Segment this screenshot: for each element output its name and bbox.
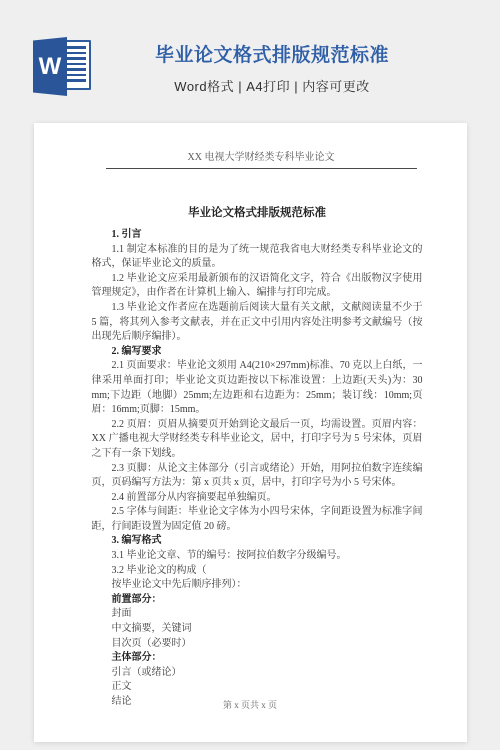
document-body: 1. 引言1.1 制定本标准的目的是为了统一规范我省电大财经类专科毕业论文的格式… [92,228,423,710]
doc-paragraph: 2. 编写要求 [92,345,423,360]
doc-paragraph: 1. 引言 [92,228,423,243]
doc-paragraph: 3. 编写格式 [92,534,423,549]
doc-paragraph: 2.5 字体与间距：毕业论文字体为小四号宋体，字间距设置为标准字间距，行间距设置… [92,505,423,534]
doc-paragraph: 1.2 毕业论文应采用最新颁布的汉语简化文字，符合《出版物汉字使用管理规定》，由… [92,272,423,301]
template-title: 毕业论文格式排版规范标准 [62,44,482,68]
doc-paragraph: 主体部分： [92,651,423,666]
doc-paragraph: 3.1 毕业论文章、节的编号：按阿拉伯数字分级编号。 [92,549,423,564]
doc-paragraph: 2.2 页眉：页眉从摘要页开始到论文最后一页，均需设置。页眉内容：XX 广播电视… [92,418,423,462]
document-page-preview: XX 电视大学财经类专科毕业论文 毕业论文格式排版规范标准 1. 引言1.1 制… [34,123,467,742]
doc-paragraph: 目次页（必要时） [92,637,423,652]
doc-paragraph: 1.3 毕业论文作者应在选题前后阅读大量有关文献，文献阅读量不少于 5 篇，将其… [92,301,423,345]
doc-paragraph: 2.3 页脚：从论文主体部分（引言或绪论）开始，用阿拉伯数字连续编页，页码编写方… [92,462,423,491]
doc-paragraph: 按毕业论文中先后顺序排列）： [92,578,423,593]
document-page-header: XX 电视大学财经类专科毕业论文 [106,148,417,169]
document-title: 毕业论文格式排版规范标准 [92,204,423,220]
word-icon-letter: W [39,55,62,79]
doc-paragraph: 1.1 制定本标准的目的是为了统一规范我省电大财经类专科毕业论文的格式，保证毕业… [92,243,423,272]
doc-paragraph: 正文 [92,680,423,695]
doc-paragraph: 3.2 毕业论文的构成（ [92,564,423,579]
doc-paragraph: 中文摘要，关键词 [92,622,423,637]
doc-paragraph: 2.1 页面要求：毕业论文须用 A4(210×297mm)标准、70 克以上白纸… [92,359,423,417]
banner-titles: 毕业论文格式排版规范标准 Word格式 | A4打印 | 内容可更改 [62,44,482,95]
doc-paragraph: 前置部分： [92,593,423,608]
template-subtitle: Word格式 | A4打印 | 内容可更改 [62,76,482,95]
doc-paragraph: 封面 [92,607,423,622]
doc-paragraph: 2.4 前置部分从内容摘要起单独编页。 [92,491,423,506]
banner: W 毕业论文格式排版规范标准 Word格式 | A4打印 | 内容可更改 [0,0,500,123]
document-page-footer: 第 x 页共 x 页 [34,698,467,711]
doc-paragraph: 引言（或绪论） [92,666,423,681]
